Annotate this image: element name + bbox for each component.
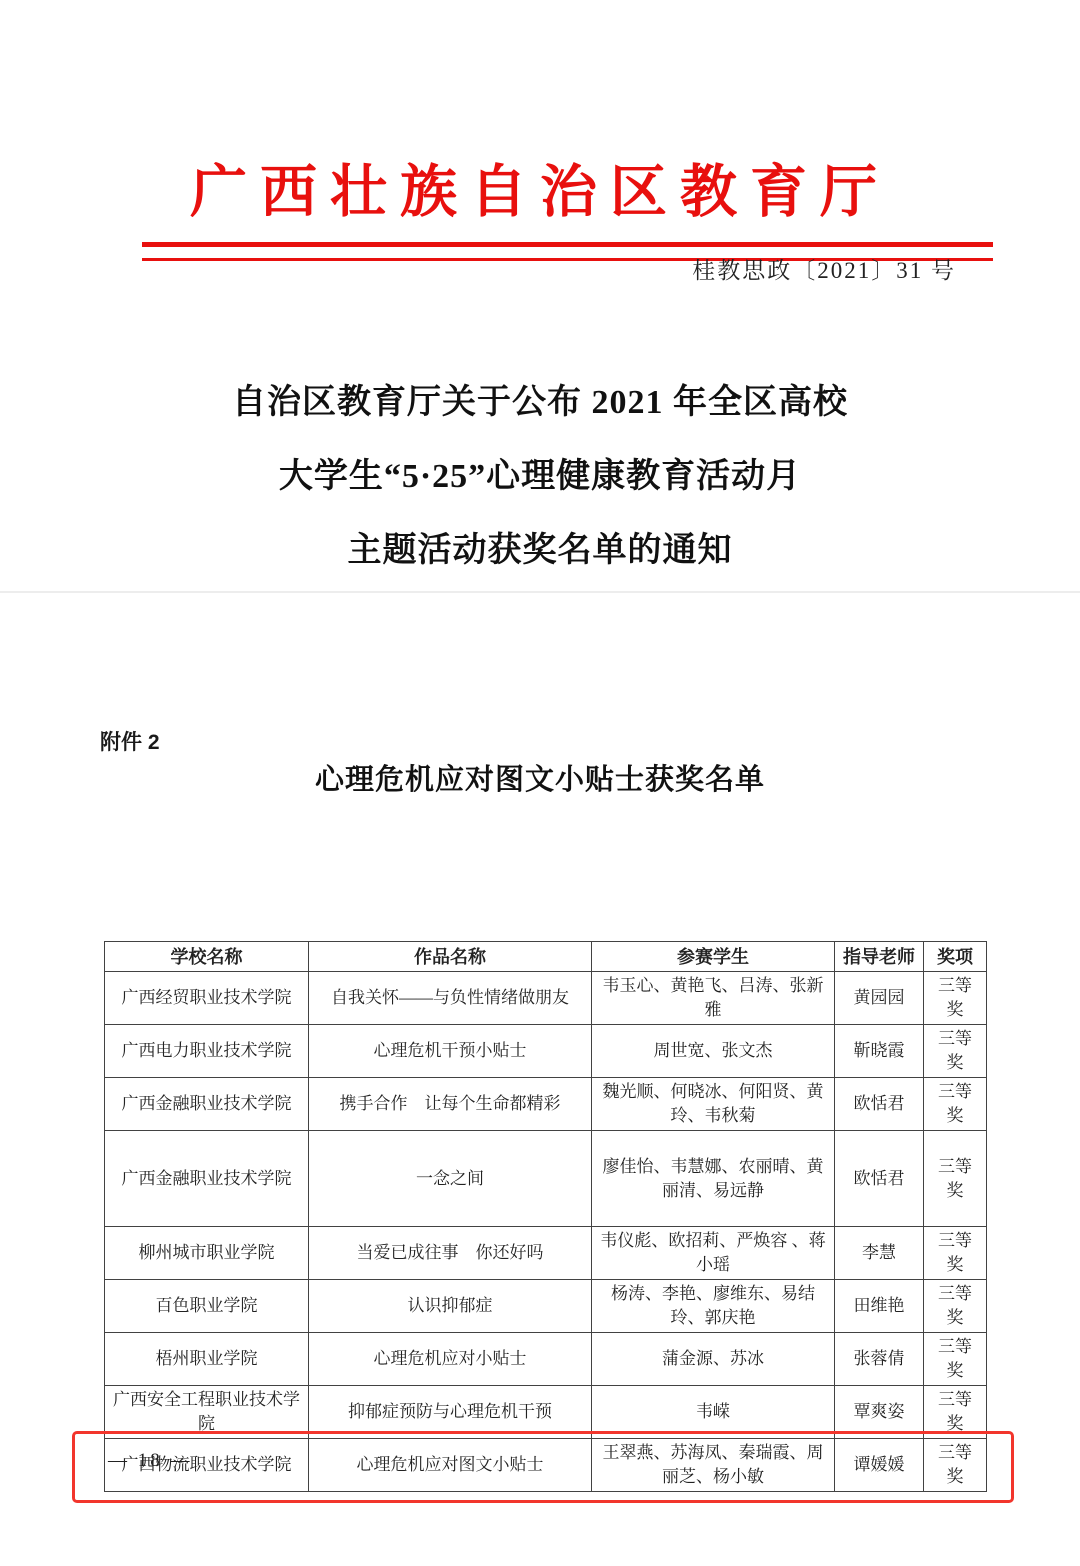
cell-school: 广西电力职业技术学院 xyxy=(105,1025,309,1078)
cell-teacher: 张蓉倩 xyxy=(835,1333,924,1386)
cell-teacher: 靳晓霞 xyxy=(835,1025,924,1078)
cell-school: 广西金融职业技术学院 xyxy=(105,1131,309,1227)
cell-award: 三等奖 xyxy=(924,1386,987,1439)
cell-work: 当爱已成往事 你还好吗 xyxy=(309,1227,592,1280)
cell-teacher: 欧恬君 xyxy=(835,1131,924,1227)
cell-students: 杨涛、李艳、廖维东、易结玲、郭庆艳 xyxy=(592,1280,835,1333)
col-header-work: 作品名称 xyxy=(309,942,592,972)
cell-school: 柳州城市职业学院 xyxy=(105,1227,309,1280)
cell-students: 王翠燕、苏海凤、秦瑞霞、周丽芝、杨小敏 xyxy=(592,1439,835,1492)
col-header-school: 学校名称 xyxy=(105,942,309,972)
table-row: 广西金融职业技术学院一念之间廖佳怡、韦慧娜、农丽晴、黄丽清、易远静欧恬君三等奖 xyxy=(105,1131,987,1227)
cell-work: 自我关怀——与负性情绪做朋友 xyxy=(309,972,592,1025)
table-row: 广西安全工程职业技术学院抑郁症预防与心理危机干预韦嵘覃爽姿三等奖 xyxy=(105,1386,987,1439)
cell-students: 周世宽、张文杰 xyxy=(592,1025,835,1078)
cell-teacher: 李慧 xyxy=(835,1227,924,1280)
page-number: — 18 — xyxy=(108,1450,193,1472)
cell-teacher: 欧恬君 xyxy=(835,1078,924,1131)
table-row: 广西物流职业技术学院心理危机应对图文小贴士王翠燕、苏海凤、秦瑞霞、周丽芝、杨小敏… xyxy=(105,1439,987,1492)
table-row: 广西经贸职业技术学院自我关怀——与负性情绪做朋友韦玉心、黄艳飞、吕涛、张新雅黄园… xyxy=(105,972,987,1025)
cell-award: 三等奖 xyxy=(924,1439,987,1492)
table-row: 梧州职业学院心理危机应对小贴士蒲金源、苏冰张蓉倩三等奖 xyxy=(105,1333,987,1386)
list-subtitle: 心理危机应对图文小贴士获奖名单 xyxy=(0,757,1080,798)
cell-work: 抑郁症预防与心理危机干预 xyxy=(309,1386,592,1439)
col-header-students: 参赛学生 xyxy=(592,942,835,972)
attachment-label: 附件 2 xyxy=(100,726,160,756)
scan-seam-line xyxy=(0,591,1080,593)
cell-work: 心理危机应对小贴士 xyxy=(309,1333,592,1386)
col-header-teacher: 指导老师 xyxy=(835,942,924,972)
cell-students: 韦嵘 xyxy=(592,1386,835,1439)
doc-number: 桂教思政〔2021〕31 号 xyxy=(692,252,956,285)
cell-school: 百色职业学院 xyxy=(105,1280,309,1333)
table-row: 柳州城市职业学院当爱已成往事 你还好吗韦仪彪、欧招莉、严焕容 、蒋小瑶李慧三等奖 xyxy=(105,1227,987,1280)
header-row: 学校名称 作品名称 参赛学生 指导老师 奖项 xyxy=(105,942,987,972)
cell-work: 携手合作 让每个生命都精彩 xyxy=(309,1078,592,1131)
cell-work: 一念之间 xyxy=(309,1131,592,1227)
page: 广西壮族自治区教育厅 桂教思政〔2021〕31 号 自治区教育厅关于公布 202… xyxy=(0,0,1080,1566)
cell-school: 广西金融职业技术学院 xyxy=(105,1078,309,1131)
cell-award: 三等奖 xyxy=(924,1131,987,1227)
table-row: 百色职业学院认识抑郁症杨涛、李艳、廖维东、易结玲、郭庆艳田维艳三等奖 xyxy=(105,1280,987,1333)
cell-award: 三等奖 xyxy=(924,1078,987,1131)
cell-teacher: 田维艳 xyxy=(835,1280,924,1333)
cell-work: 心理危机应对图文小贴士 xyxy=(309,1439,592,1492)
cell-work: 认识抑郁症 xyxy=(309,1280,592,1333)
cell-teacher: 黄园园 xyxy=(835,972,924,1025)
cell-students: 韦仪彪、欧招莉、严焕容 、蒋小瑶 xyxy=(592,1227,835,1280)
cell-students: 魏光顺、何晓冰、何阳贤、黄玲、韦秋菊 xyxy=(592,1078,835,1131)
awards-table: 学校名称 作品名称 参赛学生 指导老师 奖项 广西经贸职业技术学院自我关怀——与… xyxy=(104,941,987,1492)
doc-title-line-1: 自治区教育厅关于公布 2021 年全区高校 xyxy=(0,366,1080,440)
cell-award: 三等奖 xyxy=(924,1333,987,1386)
cell-teacher: 覃爽姿 xyxy=(835,1386,924,1439)
cell-school: 广西经贸职业技术学院 xyxy=(105,972,309,1025)
table-row: 广西电力职业技术学院心理危机干预小贴士周世宽、张文杰靳晓霞三等奖 xyxy=(105,1025,987,1078)
cell-work: 心理危机干预小贴士 xyxy=(309,1025,592,1078)
cell-students: 廖佳怡、韦慧娜、农丽晴、黄丽清、易远静 xyxy=(592,1131,835,1227)
table-row: 广西金融职业技术学院携手合作 让每个生命都精彩魏光顺、何晓冰、何阳贤、黄玲、韦秋… xyxy=(105,1078,987,1131)
cell-students: 韦玉心、黄艳飞、吕涛、张新雅 xyxy=(592,972,835,1025)
agency-name: 广西壮族自治区教育厅 xyxy=(0,146,1080,228)
doc-title: 自治区教育厅关于公布 2021 年全区高校 大学生“5·25”心理健康教育活动月… xyxy=(0,366,1080,588)
cell-award: 三等奖 xyxy=(924,1227,987,1280)
awards-table-head: 学校名称 作品名称 参赛学生 指导老师 奖项 xyxy=(105,942,987,972)
awards-table-body: 广西经贸职业技术学院自我关怀——与负性情绪做朋友韦玉心、黄艳飞、吕涛、张新雅黄园… xyxy=(105,972,987,1492)
cell-award: 三等奖 xyxy=(924,1280,987,1333)
col-header-award: 奖项 xyxy=(924,942,987,972)
doc-title-line-2: 大学生“5·25”心理健康教育活动月 xyxy=(0,440,1080,514)
cell-award: 三等奖 xyxy=(924,1025,987,1078)
cell-school: 梧州职业学院 xyxy=(105,1333,309,1386)
cell-award: 三等奖 xyxy=(924,972,987,1025)
doc-title-line-3: 主题活动获奖名单的通知 xyxy=(0,514,1080,588)
cell-school: 广西安全工程职业技术学院 xyxy=(105,1386,309,1439)
cell-teacher: 谭媛媛 xyxy=(835,1439,924,1492)
cell-students: 蒲金源、苏冰 xyxy=(592,1333,835,1386)
